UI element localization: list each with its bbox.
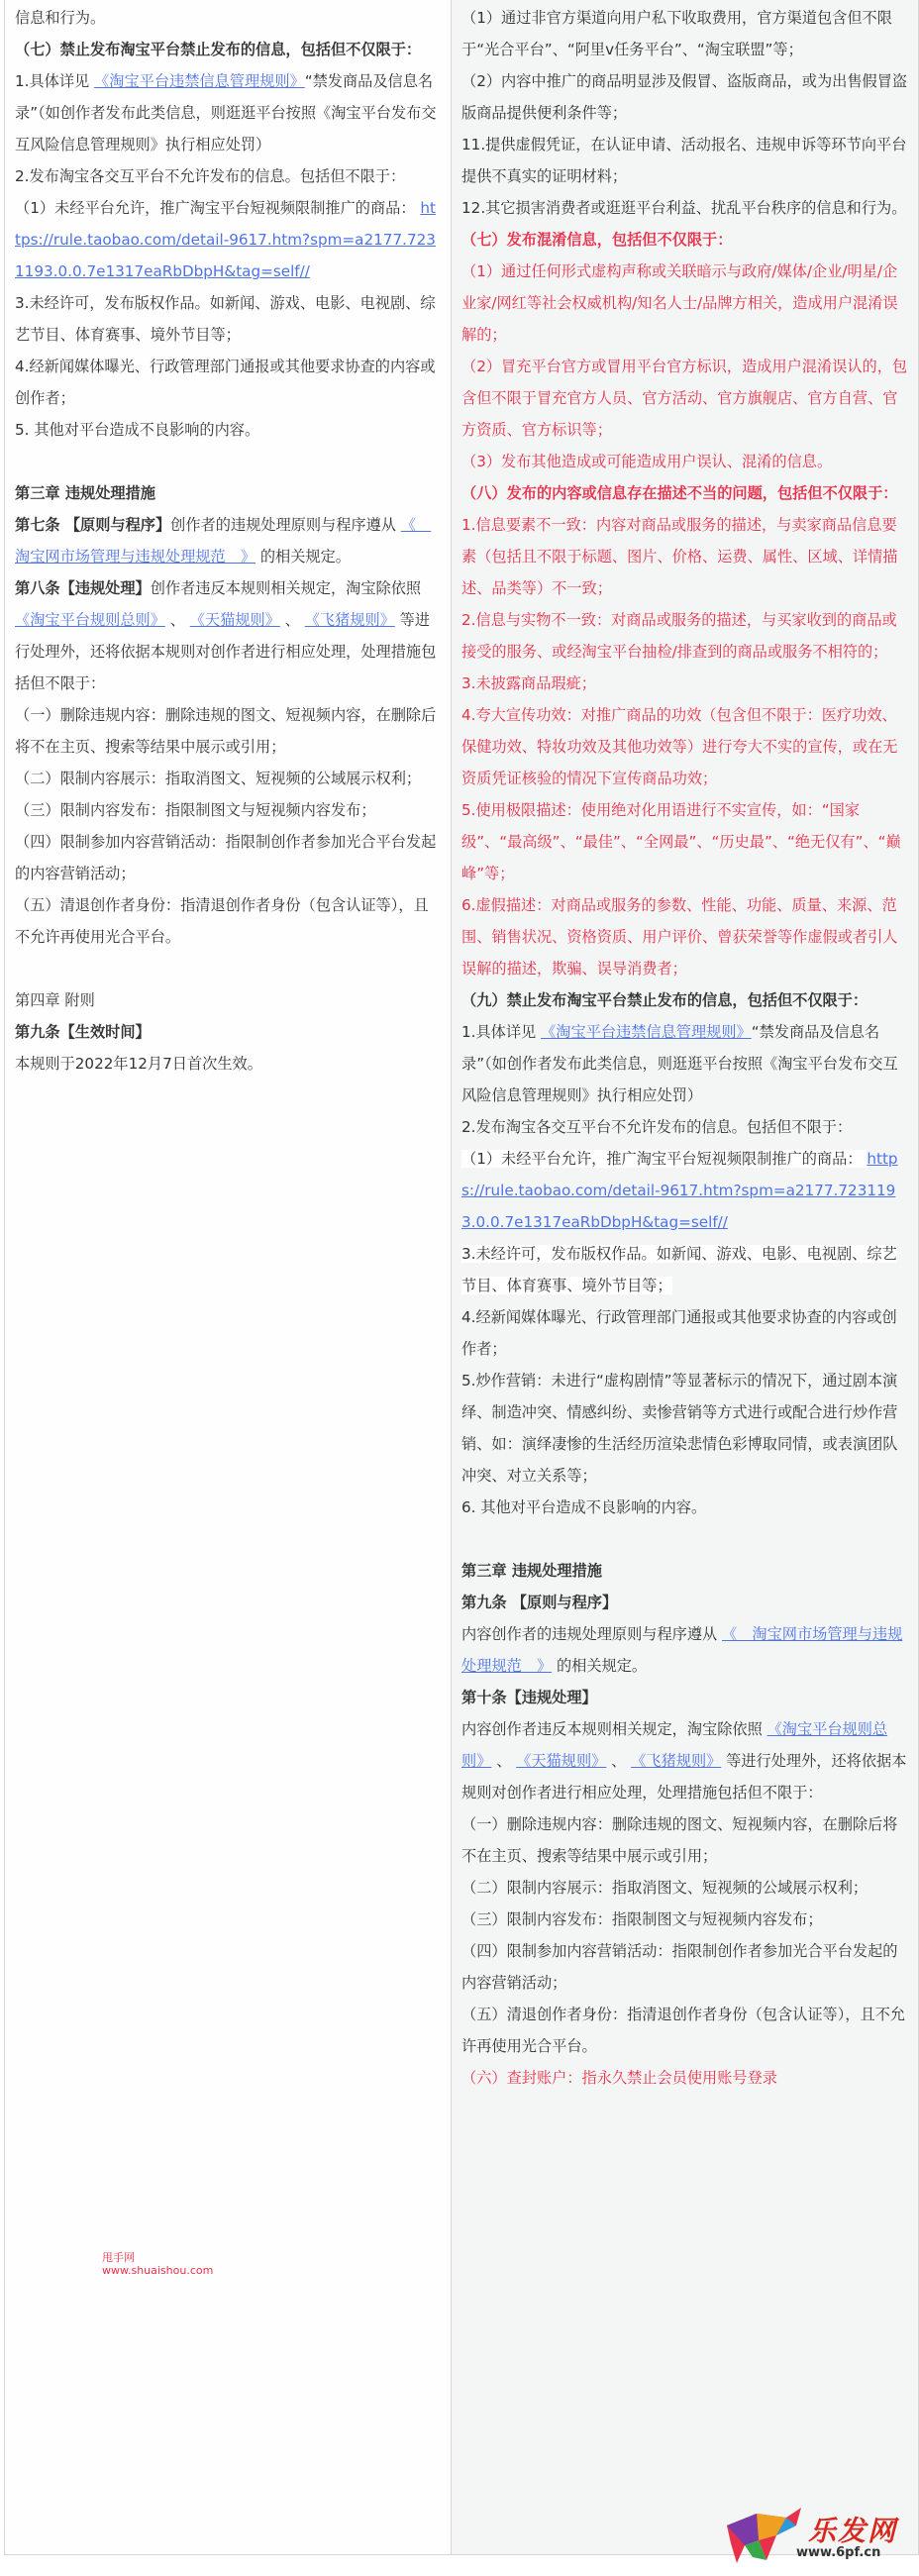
text: 3.未经许可，发布版权作品。如新闻、游戏、电影、电视剧、综艺节目、体育赛事、境外…: [461, 1245, 897, 1294]
paragraph: （二）限制内容展示：指取消图文、短视频的公域展示权利；: [15, 763, 439, 794]
article-title: 第十条【违规处理】: [461, 1682, 908, 1713]
watermark-shuaishou: 甩手网 www.shuaishou.com: [102, 2251, 213, 2277]
paragraph: 11.提供虚假凭证，在认证申请、活动报名、违规申诉等环节向平台提供不真实的证明材…: [461, 129, 908, 192]
paragraph: （三）限制内容发布：指限制图文与短视频内容发布；: [15, 794, 439, 826]
paragraph: 本规则于2022年12月7日首次生效。: [15, 1048, 439, 1080]
text: （1）未经平台允许，推广淘宝平台短视频限制推广的商品：: [15, 199, 420, 217]
chapter-title: 第四章 附则: [15, 984, 439, 1016]
text: 、: [165, 611, 190, 629]
paragraph: （1）通过任何形式虚构声称或关联暗示与政府/媒体/企业/明星/企业家/网红等社会…: [461, 256, 908, 351]
new-rules-column: （1）通过非官方渠道向用户私下收取费用，官方渠道包含但不限于“光合平台”、“阿里…: [452, 0, 918, 2554]
tmall-rules-link[interactable]: 《天猫规则》: [190, 611, 280, 629]
paragraph: 5.炒作营销：未进行“虚构剧情”等显著标示的情况下，通过剧本演绎、制造冲突、情感…: [461, 1365, 908, 1492]
text: （1）未经平台允许，推广淘宝平台短视频限制推广的商品：: [461, 1150, 867, 1168]
fliggy-rules-link[interactable]: 《飞猪规则》: [631, 1752, 721, 1770]
paragraph: 12.其它损害消费者或逛逛平台利益、扰乱平台秩序的信息和行为。: [461, 192, 908, 224]
watermark-site-url: www.6pf.cn: [796, 2545, 880, 2560]
paragraph: （一）删除违规内容：删除违规的图文、短视频内容，在删除后将不在主页、搜索等结果中…: [15, 699, 439, 763]
watermark-url: www.shuaishou.com: [102, 2264, 213, 2277]
paragraph: （四）限制参加内容营销活动：指限制创作者参加光合平台发起的内容营销活动；: [15, 826, 439, 889]
prohibited-info-rules-link[interactable]: 《淘宝平台违禁信息管理规则》: [94, 72, 305, 90]
text: 内容创作者的违规处理原则与程序遵从: [461, 1625, 722, 1643]
paragraph: （1）未经平台允许，推广淘宝平台短视频限制推广的商品： https://rule…: [461, 1143, 908, 1238]
old-rules-column: 信息和行为。 （七）禁止发布淘宝平台禁止发布的信息，包括但不仅限于： 1.具体详…: [5, 0, 452, 2554]
chapter-title: 第三章 违规处理措施: [15, 477, 439, 509]
paragraph: 2.信息与实物不一致：对商品或服务的描述，与买家收到的商品或接受的服务、或经淘宝…: [461, 604, 908, 668]
paragraph: 4.经新闻媒体曝光、行政管理部门通报或其他要求协查的内容或创作者；: [461, 1301, 908, 1365]
paragraph: （2）冒充平台官方或冒用平台官方标识，造成用户混淆误认的，包含但不限于冒充官方人…: [461, 351, 908, 446]
paragraph: （四）限制参加内容营销活动：指限制创作者参加光合平台发起的内容营销活动；: [461, 1935, 908, 1999]
section-heading: （七）发布混淆信息，包括但不仅限于：: [461, 224, 908, 256]
paragraph: （六）查封账户：指永久禁止会员使用账号登录: [461, 2062, 908, 2094]
watermark-6pf-logo: 乐发网 www.6pf.cn: [717, 2506, 915, 2569]
text: 的相关规定。: [552, 1657, 647, 1675]
text: 创作者的违规处理原则与程序遵从: [170, 516, 401, 534]
paragraph: （二）限制内容展示：指取消图文、短视频的公域展示权利；: [461, 1872, 908, 1904]
paragraph: 内容创作者违反本规则相关规定，淘宝除依照 《淘宝平台规则总则》 、 《天猫规则》…: [461, 1713, 908, 1808]
paragraph: （五）清退创作者身份：指清退创作者身份（包含认证等），且不允许再使用光合平台。: [461, 1999, 908, 2062]
paragraph: （3）发布其他造成或可能造成用户误认、混淆的信息。: [461, 446, 908, 477]
text: 1.具体详见: [461, 1023, 541, 1041]
paragraph: （2）内容中推广的商品明显涉及假冒、盗版商品，或为出售假冒盗版商品提供便利条件等…: [461, 65, 908, 129]
article-title: 第九条【生效时间】: [15, 1016, 439, 1048]
paragraph: 5. 其他对平台造成不良影响的内容。: [15, 414, 439, 446]
paragraph: 3.未经许可，发布版权作品。如新闻、游戏、电影、电视剧、综艺节目、体育赛事、境外…: [461, 1238, 908, 1301]
paragraph: 第八条【违规处理】创作者违反本规则相关规定，淘宝除依照 《淘宝平台规则总则》 、…: [15, 572, 439, 699]
taobao-general-rules-link[interactable]: 《淘宝平台规则总则》: [15, 611, 165, 629]
section-heading: （八）发布的内容或信息存在描述不当的问题，包括但不仅限于：: [461, 477, 908, 509]
paragraph: 4.夸大宣传功效：对推广商品的功效（包含但不限于：医疗功效、保健功效、特妆功效及…: [461, 699, 908, 794]
paragraph: 3.未经许可，发布版权作品。如新闻、游戏、电影、电视剧、综艺节目、体育赛事、境外…: [15, 287, 439, 351]
article-title: 第九条 【原则与程序】: [461, 1587, 908, 1618]
paragraph: 2.发布淘宝各交互平台不允许发布的信息。包括但不限于：: [461, 1111, 908, 1143]
watermark-name: 甩手网: [102, 2251, 213, 2264]
bull-logo-icon: [717, 2506, 806, 2565]
prohibited-info-rules-link[interactable]: 《淘宝平台违禁信息管理规则》: [541, 1023, 752, 1041]
paragraph: 6. 其他对平台造成不良影响的内容。: [461, 1492, 908, 1523]
text: 的相关规定。: [255, 548, 351, 566]
chapter-title: 第三章 违规处理措施: [461, 1555, 908, 1587]
article-title: 第七条 【原则与程序】: [15, 516, 170, 534]
paragraph: 3.未披露商品瑕疵；: [461, 668, 908, 699]
paragraph: 信息和行为。: [15, 2, 439, 34]
watermark-site-name: 乐发网: [808, 2510, 897, 2549]
text: 、: [280, 611, 305, 629]
paragraph: 1.具体详见 《淘宝平台违禁信息管理规则》“禁发商品及信息名录”（如创作者发布此…: [461, 1016, 908, 1111]
article-title: 第八条【违规处理】: [15, 579, 151, 597]
tmall-rules-link[interactable]: 《天猫规则》: [516, 1752, 606, 1770]
paragraph: 第七条 【原则与程序】创作者的违规处理原则与程序遵从 《 淘宝网市场管理与违规处…: [15, 509, 439, 572]
paragraph: （1）未经平台允许，推广淘宝平台短视频限制推广的商品： https://rule…: [15, 192, 439, 287]
paragraph: 5.使用极限描述：使用绝对化用语进行不实宣传，如：“国家级”、“最高级”、“最佳…: [461, 794, 908, 889]
paragraph: （一）删除违规内容：删除违规的图文、短视频内容，在删除后将不在主页、搜索等结果中…: [461, 1808, 908, 1872]
fliggy-rules-link[interactable]: 《飞猪规则》: [305, 611, 395, 629]
paragraph: （1）通过非官方渠道向用户私下收取费用，官方渠道包含但不限于“光合平台”、“阿里…: [461, 2, 908, 65]
paragraph: （三）限制内容发布：指限制图文与短视频内容发布；: [461, 1904, 908, 1935]
paragraph: 4.经新闻媒体曝光、行政管理部门通报或其他要求协查的内容或创作者；: [15, 351, 439, 414]
paragraph: 2.发布淘宝各交互平台不允许发布的信息。包括但不限于：: [15, 160, 439, 192]
text: 内容创作者违反本规则相关规定，淘宝除依照: [461, 1720, 767, 1738]
text: 创作者违反本规则相关规定，淘宝除依照: [151, 579, 421, 597]
section-heading: （七）禁止发布淘宝平台禁止发布的信息，包括但不仅限于：: [15, 34, 439, 65]
section-heading: （九）禁止发布淘宝平台禁止发布的信息，包括但不仅限于：: [461, 984, 908, 1016]
text: 1.具体详见: [15, 72, 94, 90]
paragraph: （五）清退创作者身份：指清退创作者身份（包含认证等），且不允许再使用光合平台。: [15, 889, 439, 953]
paragraph: 内容创作者的违规处理原则与程序遵从 《 淘宝网市场管理与违规处理规范 》 的相关…: [461, 1618, 908, 1682]
paragraph: 1.具体详见 《淘宝平台违禁信息管理规则》“禁发商品及信息名录”（如创作者发布此…: [15, 65, 439, 160]
text: 、: [491, 1752, 516, 1770]
text: 、: [606, 1752, 631, 1770]
paragraph: 6.虚假描述：对商品或服务的参数、性能、功能、质量、来源、范围、销售状况、资格资…: [461, 889, 908, 984]
paragraph: 1.信息要素不一致：内容对商品或服务的描述，与卖家商品信息要素（包括且不限于标题…: [461, 509, 908, 604]
comparison-table: 信息和行为。 （七）禁止发布淘宝平台禁止发布的信息，包括但不仅限于： 1.具体详…: [4, 0, 919, 2555]
